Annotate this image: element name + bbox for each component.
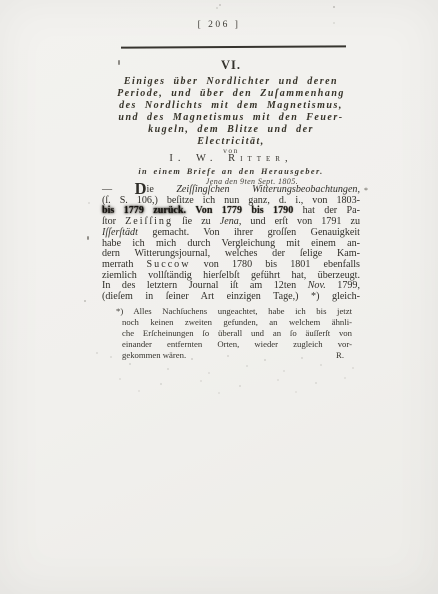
footnote-line: noch keinen zweiten gefunden, an welchem… bbox=[116, 317, 352, 328]
footnote-line: gekommen wären.R. bbox=[116, 350, 352, 361]
scanned-page: [ 206 ] VI. Einiges über Nordlichter und… bbox=[0, 0, 438, 594]
title-line: des Nordlichts mit dem Magnetismus, bbox=[100, 100, 362, 112]
title-line: und des Magnetismus mit den Feuer- bbox=[100, 112, 362, 124]
title-line: kugeln, dem Blitze und der bbox=[100, 124, 362, 136]
article-title: Einiges über Nordlichter und deren Perio… bbox=[100, 76, 362, 147]
page-number: [ 206 ] bbox=[0, 20, 438, 30]
header-rule bbox=[121, 45, 346, 49]
article-body: — Die Zeiſſingſchen Witterungsbeobachtun… bbox=[102, 185, 360, 303]
ink-speck bbox=[118, 60, 120, 65]
footnote-line: *) Alles Nachſuchens ungeachtet, habe ic… bbox=[116, 306, 352, 317]
footnote: *) Alles Nachſuchens ungeachtet, habe ic… bbox=[116, 306, 352, 361]
ink-speck bbox=[333, 6, 335, 8]
footnote-line: einander entfernten Orten, wieder zuglei… bbox=[116, 339, 352, 350]
body-line: (dieſem in ſeiner Art einzigen Tage,) *)… bbox=[102, 292, 360, 303]
author-name: I. W. Ritter, bbox=[102, 153, 360, 164]
section-number: VI. bbox=[102, 58, 360, 73]
paper-speckle bbox=[96, 352, 98, 354]
title-line: Periode, und über den Zuſammenhang bbox=[100, 88, 362, 100]
ink-speck bbox=[84, 300, 86, 302]
footnote-line: che Erſcheinungen ſo überall und an ſo ä… bbox=[116, 328, 352, 339]
title-line: Einiges über Nordlichter und deren bbox=[100, 76, 362, 88]
ink-speck: * bbox=[364, 189, 368, 193]
ink-speck bbox=[219, 4, 221, 6]
byline-subtitle: in einem Briefe an den Herausgeber. bbox=[102, 167, 360, 176]
ink-speck bbox=[87, 236, 89, 240]
